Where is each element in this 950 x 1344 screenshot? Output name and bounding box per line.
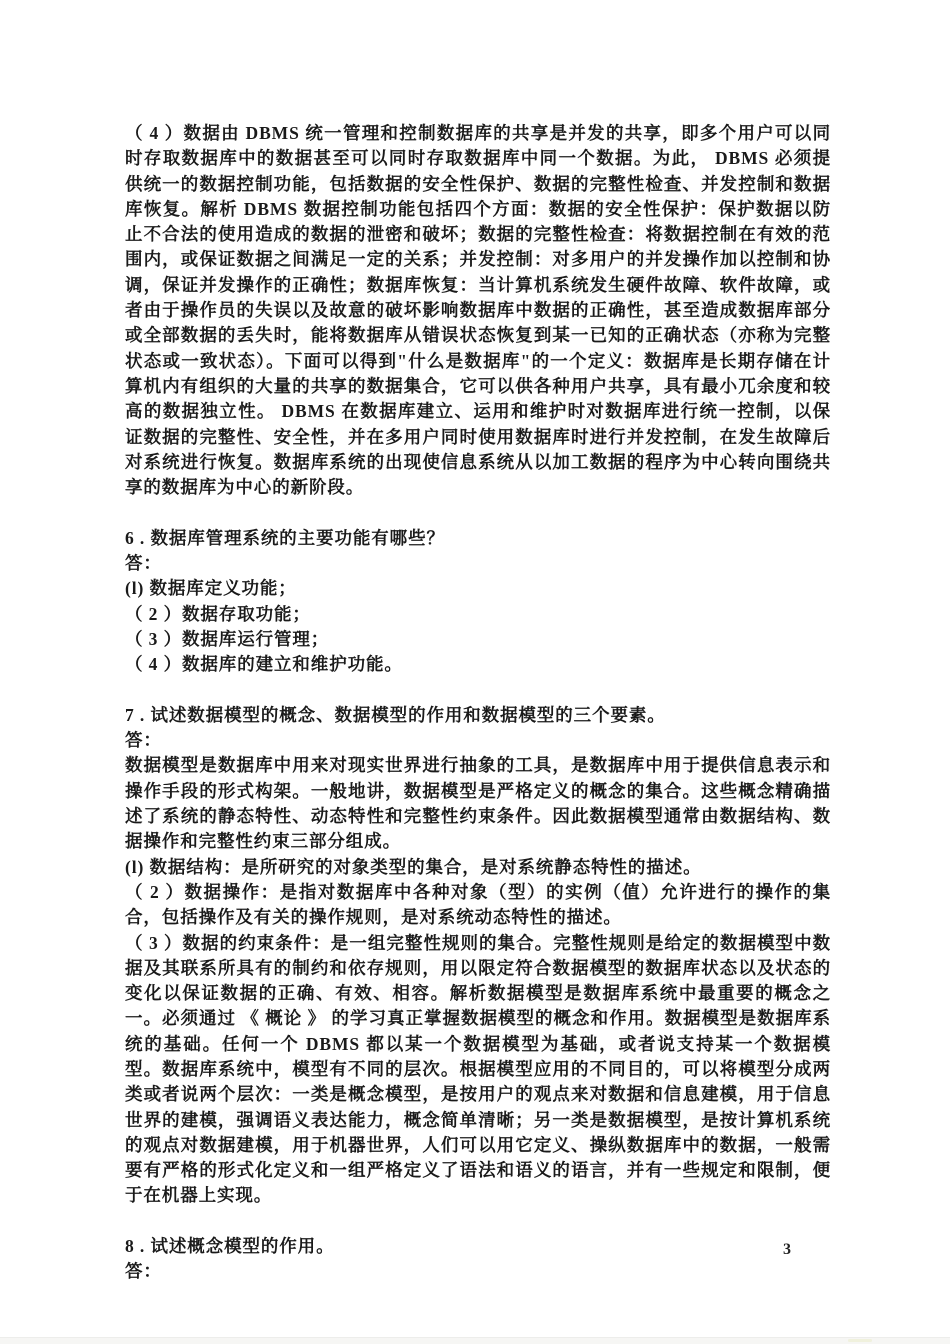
document-page: （ 4 ）数据由 DBMS 统一管理和控制数据库的共享是并发的共享，即多个用户可…: [0, 0, 950, 1344]
q7-item-1-data-structure: (l) 数据结构：是所研究的对象类型的集合，是对系统静态特性的描述。: [125, 855, 831, 880]
q6-item-4: （ 4 ）数据库的建立和维护功能。: [125, 652, 831, 677]
page-bottom-edge: [0, 1337, 950, 1344]
q7-item-2-data-operations: （ 2 ）数据操作：是指对数据库中各种对象（型）的实例（值）允许进行的操作的集合…: [125, 880, 831, 931]
question-7-title: 7 . 试述数据模型的概念、数据模型的作用和数据模型的三个要素。: [125, 703, 831, 728]
q6-item-1: (l) 数据库定义功能；: [125, 576, 831, 601]
q6-item-3: （ 3 ）数据库运行管理；: [125, 627, 831, 652]
answer-label-q6: 答：: [125, 551, 831, 576]
document-text-column: （ 4 ）数据由 DBMS 统一管理和控制数据库的共享是并发的共享，即多个用户可…: [125, 121, 831, 1285]
page-number: 3: [783, 1241, 791, 1259]
answer-label-q8: 答：: [125, 1259, 831, 1284]
q6-item-2: （ 2 ）数据存取功能；: [125, 602, 831, 627]
question-6-title: 6 . 数据库管理系统的主要功能有哪些？: [125, 526, 831, 551]
q7-intro-paragraph: 数据模型是数据库中用来对现实世界进行抽象的工具，是数据库中用于提供信息表示和操作…: [125, 753, 831, 854]
paragraph-item4-dbms-control: （ 4 ）数据由 DBMS 统一管理和控制数据库的共享是并发的共享，即多个用户可…: [125, 121, 831, 500]
q7-item-3-constraints: （ 3 ）数据的约束条件：是一组完整性规则的集合。完整性规则是给定的数据模型中数…: [125, 931, 831, 1209]
answer-label-q7: 答：: [125, 728, 831, 753]
question-8-title: 8 . 试述概念模型的作用。: [125, 1234, 831, 1259]
scan-artifact: [848, 1339, 872, 1342]
